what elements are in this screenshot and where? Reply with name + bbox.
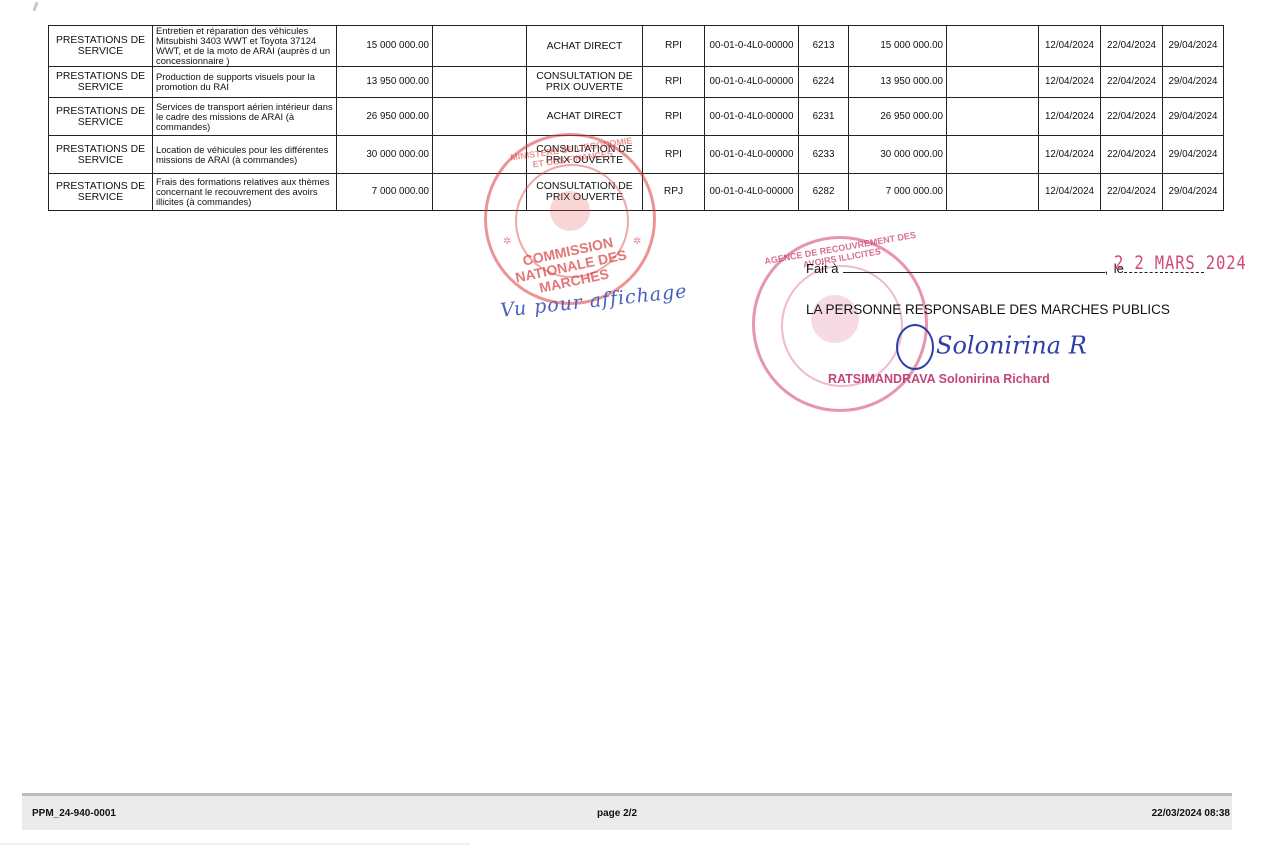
signatory-title: LA PERSONNE RESPONSABLE DES MARCHES PUBL… [806,302,1170,317]
date-2-cell: 22/04/2024 [1101,136,1163,174]
date-3-cell: 29/04/2024 [1163,174,1224,211]
budget-line-cell: 00-01-0-4L0-00000 [705,26,799,67]
account-cell: 6231 [799,98,849,136]
table-row: PRESTATIONS DE SERVICE Frais des formati… [49,174,1224,211]
date-2-cell: 22/04/2024 [1101,26,1163,67]
empty-cell-2 [947,174,1039,211]
category-cell: PRESTATIONS DE SERVICE [49,136,153,174]
description-cell: Production de supports visuels pour la p… [153,67,337,98]
print-timestamp: 22/03/2024 08:38 [1152,808,1230,819]
star-icon: ✲ [503,236,511,247]
empty-cell-2 [947,26,1039,67]
date-1-cell: 12/04/2024 [1039,26,1101,67]
category-cell: PRESTATIONS DE SERVICE [49,26,153,67]
funding-source-cell: RPI [643,136,705,174]
date-1-cell: 12/04/2024 [1039,174,1101,211]
date-3-cell: 29/04/2024 [1163,98,1224,136]
procurement-mode-cell: ACHAT DIRECT [527,26,643,67]
empty-cell [433,67,527,98]
table-row: PRESTATIONS DE SERVICE Production de sup… [49,67,1224,98]
description-cell: Services de transport aérien intérieur d… [153,98,337,136]
account-cell: 6233 [799,136,849,174]
budget-line-cell: 00-01-0-4L0-00000 [705,174,799,211]
scan-edge [0,843,470,845]
amount-2-cell: 30 000 000.00 [849,136,947,174]
category-cell: PRESTATIONS DE SERVICE [49,67,153,98]
stray-scan-mark [33,2,39,11]
empty-cell-2 [947,136,1039,174]
document-reference: PPM_24-940-0001 [32,808,116,819]
empty-cell [433,174,527,211]
signatory-name: RATSIMANDRAVA Solonirina Richard [828,372,1050,386]
star-icon: ✲ [633,236,641,247]
category-cell: PRESTATIONS DE SERVICE [49,174,153,211]
table-row: PRESTATIONS DE SERVICE Location de véhic… [49,136,1224,174]
procurement-plan-table: PRESTATIONS DE SERVICE Entretien et répa… [48,25,1224,211]
stamp-inner-ring [781,265,903,387]
date-2-cell: 22/04/2024 [1101,67,1163,98]
handwritten-note: Vu pour affichage [499,280,688,322]
handwritten-signature: Solonirina R [896,324,1087,370]
account-cell: 6282 [799,174,849,211]
procurement-mode-cell: CONSULTATION DE PRIX OUVERTE [527,174,643,211]
budget-line-cell: 00-01-0-4L0-00000 [705,98,799,136]
description-cell: Location de véhicules pour les différent… [153,136,337,174]
amount-cell: 13 950 000.00 [337,67,433,98]
date-1-cell: 12/04/2024 [1039,67,1101,98]
empty-cell [433,136,527,174]
date-1-cell: 12/04/2024 [1039,136,1101,174]
description-cell: Frais des formations relatives aux thème… [153,174,337,211]
date-stamp: 2 2 MARS 2024 [1114,252,1247,274]
signature-text: Solonirina R [936,332,1087,360]
empty-cell-2 [947,67,1039,98]
signature-flourish-icon [896,324,934,370]
procurement-mode-cell: ACHAT DIRECT [527,98,643,136]
funding-source-cell: RPI [643,67,705,98]
table-row: PRESTATIONS DE SERVICE Entretien et répa… [49,26,1224,67]
amount-2-cell: 13 950 000.00 [849,67,947,98]
procurement-mode-cell: CONSULTATION DE PRIX OUVERTE [527,67,643,98]
empty-cell [433,26,527,67]
empty-cell [433,98,527,136]
place-blank [843,260,1105,273]
funding-source-cell: RPI [643,98,705,136]
amount-cell: 15 000 000.00 [337,26,433,67]
table-row: PRESTATIONS DE SERVICE Services de trans… [49,98,1224,136]
category-cell: PRESTATIONS DE SERVICE [49,98,153,136]
amount-2-cell: 15 000 000.00 [849,26,947,67]
date-2-cell: 22/04/2024 [1101,98,1163,136]
budget-line-cell: 00-01-0-4L0-00000 [705,136,799,174]
page-number: page 2/2 [597,808,637,819]
date-2-cell: 22/04/2024 [1101,174,1163,211]
date-1-cell: 12/04/2024 [1039,98,1101,136]
account-cell: 6213 [799,26,849,67]
funding-source-cell: RPJ [643,174,705,211]
funding-source-cell: RPI [643,26,705,67]
date-3-cell: 29/04/2024 [1163,26,1224,67]
amount-cell: 7 000 000.00 [337,174,433,211]
budget-line-cell: 00-01-0-4L0-00000 [705,67,799,98]
account-cell: 6224 [799,67,849,98]
amount-2-cell: 26 950 000.00 [849,98,947,136]
procurement-mode-cell: CONSULTATION DE PRIX OUVERTE [527,136,643,174]
date-3-cell: 29/04/2024 [1163,136,1224,174]
amount-cell: 30 000 000.00 [337,136,433,174]
fait-a-label: Fait à [806,261,839,276]
empty-cell-2 [947,98,1039,136]
page-footer: PPM_24-940-0001 page 2/2 22/03/2024 08:3… [22,793,1232,830]
amount-cell: 26 950 000.00 [337,98,433,136]
description-cell: Entretien et réparation des véhicules Mi… [153,26,337,67]
amount-2-cell: 7 000 000.00 [849,174,947,211]
date-3-cell: 29/04/2024 [1163,67,1224,98]
